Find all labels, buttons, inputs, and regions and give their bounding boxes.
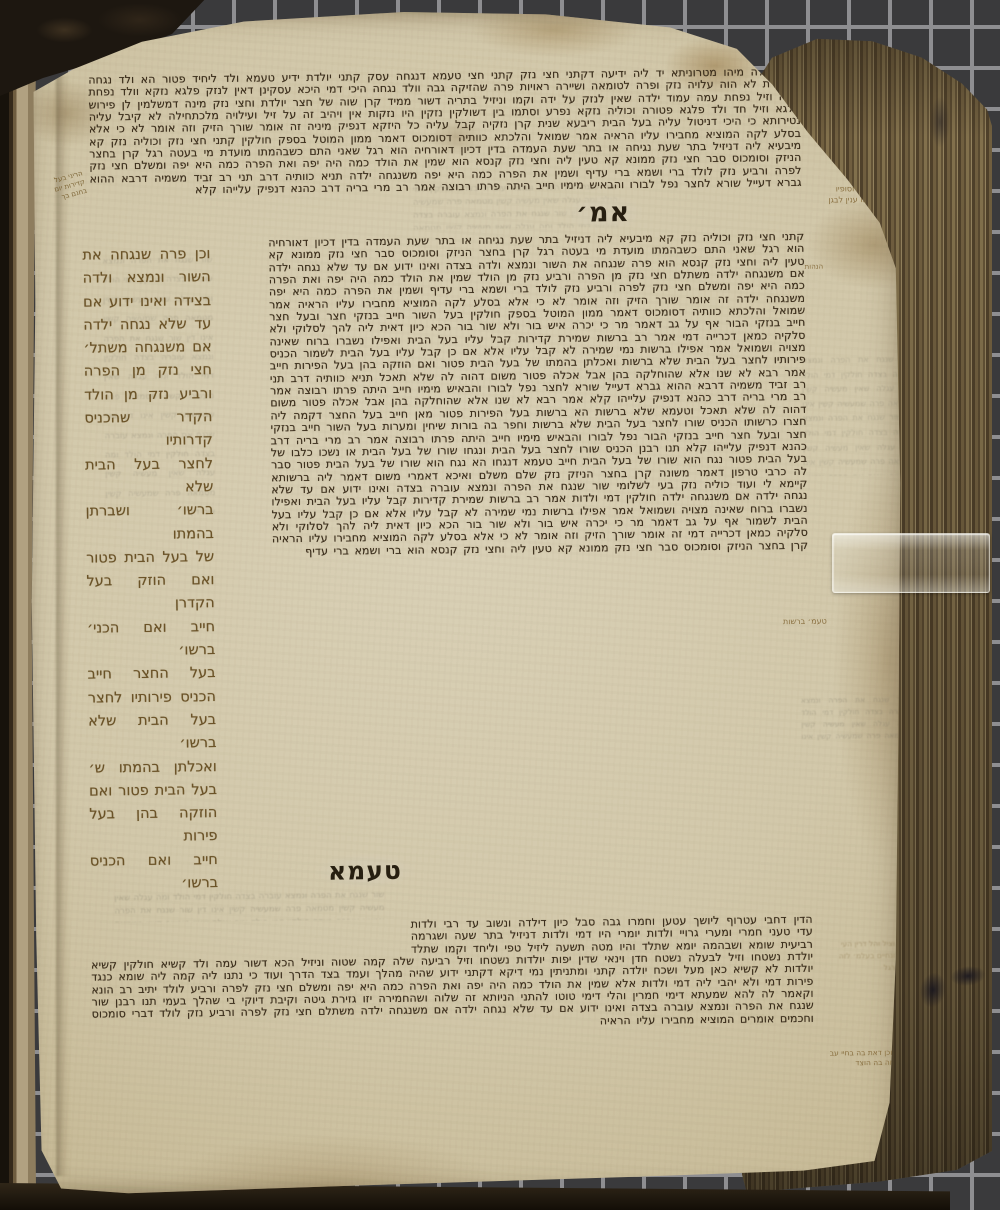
photograph-stage: שור שנגח את הפרה ונמצא עוברה בצדה חולקין… — [0, 0, 1000, 1210]
fore-edge-ink-mark — [930, 96, 950, 148]
bottom-text-block: הדין דחבי עטרוף ליושך עטען וחמרו גבה סבל… — [91, 914, 815, 1101]
ghost-margin-note-right-middle: שור שנגח את הפרה ונמצא עוברה בצדה חולקין… — [801, 694, 910, 745]
main-text-block: קתני חצי נזק וכוליה נזק קא מיבעיא ליה דנ… — [268, 231, 812, 878]
margin-note-right-5: וכן דאת בה בחיי עב זה בה הוצד — [788, 1048, 892, 1069]
main-text-part1: קתני חצי נזק וכוליה נזק קא מיבעיא ליה דנ… — [268, 231, 806, 406]
margin-note-right-2: הנהות — [805, 263, 824, 271]
margin-note-right-3: טעמ׳ ברשות — [783, 617, 827, 627]
margin-note-left-gutter: הריני בעל קדירות יום בחנם בך — [27, 169, 88, 209]
page-content: שור שנגח את הפרה ונמצא עוברה בצדה חולקין… — [15, 1, 917, 1204]
headword-taama: טעמא — [314, 853, 416, 889]
headword-am: אמ׳ — [562, 194, 645, 232]
plastic-bookmark-tab — [832, 533, 990, 593]
bottom-block-notch — [91, 919, 411, 948]
top-text-block: מה תחלה מיהו מטרוניתא יד ליה ידיעה דקתני… — [88, 66, 802, 235]
mishnah-column: וכן פרה שנגחה את השור ונמצא ולדה בצידה ו… — [82, 243, 218, 897]
fore-edge-ink-mark — [949, 964, 987, 988]
book-spine-left — [0, 36, 36, 1200]
main-text-part2: אמר רבא לא שנו אלא שהוחלקה בהן אבל אכלה … — [270, 393, 808, 558]
parchment-page: שור שנגח את הפרה ונמצא עוברה בצדה חולקין… — [22, 6, 910, 1198]
